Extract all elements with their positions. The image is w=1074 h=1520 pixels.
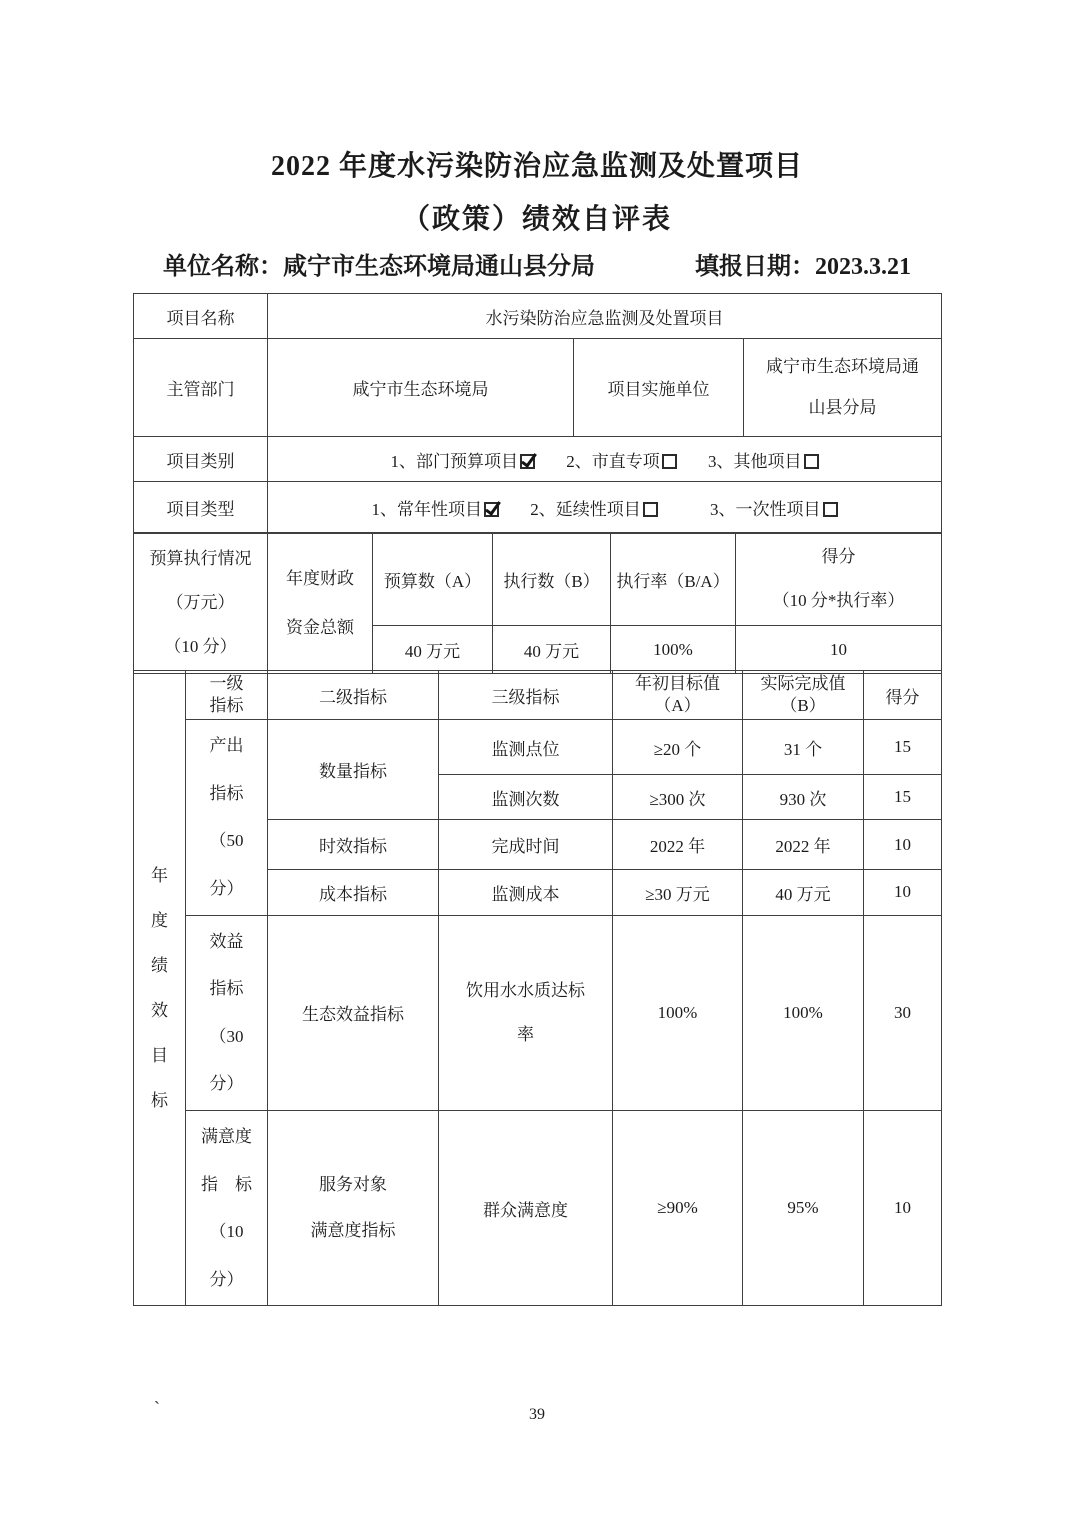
budget-amount-value: 40 万元 [373,626,493,674]
table-row: 预算执行情况 （万元） （10 分） 年度财政 资金总额 预算数（A） 执行数（… [134,533,942,626]
type-label: 项目类型 [134,482,268,534]
actual-value: 40 万元 [743,870,864,916]
category-label: 项目类别 [134,437,268,482]
actual-value: 31 个 [743,720,864,775]
target-header: 年初目标值 （A） [613,671,743,720]
option-onetime-project: 3、一次性项目 [710,500,838,519]
document-title-line1: 2022 年度水污染防治应急监测及处置项目 [0,144,1074,184]
actual-value: 2022 年 [743,820,864,870]
budget-table: 预算执行情况 （万元） （10 分） 年度财政 资金总额 预算数（A） 执行数（… [133,532,942,674]
target-value: ≥300 次 [613,774,743,819]
checkbox-checked-icon [484,502,499,517]
level1-header: 一级 指标 [186,671,268,720]
exec-amount-value: 40 万元 [493,626,611,674]
annual-fund-label: 年度财政 资金总额 [268,533,373,674]
level2-header: 二级指标 [268,671,439,720]
basic-info-table: 项目名称 水污染防治应急监测及处置项目 主管部门 咸宁市生态环境局 项目实施单位… [133,293,942,534]
annual-performance-side-label: 年 度 绩 效 目 标 [134,671,186,1306]
option-label: 2、延续性项目 [530,500,641,519]
impl-unit-value: 咸宁市生态环境局通 山县分局 [744,339,942,437]
timeliness-indicator-cell: 时效指标 [268,820,439,870]
indicator-name: 饮用水水质达标 率 [439,915,613,1110]
document-title-line2: （政策）绩效自评表 [0,197,1074,237]
cost-indicator-cell: 成本指标 [268,870,439,916]
option-city-special: 2、市直专项 [566,452,677,471]
unit-name: 单位名称：咸宁市生态环境局通山县分局 [163,246,595,281]
level3-header: 三级指标 [439,671,613,720]
score-header: 得分 [864,671,942,720]
table-row: 项目名称 水污染防治应急监测及处置项目 [134,294,942,339]
checkbox-unchecked-icon [643,502,658,517]
score-value: 10 [864,820,942,870]
eco-benefit-indicator-cell: 生态效益指标 [268,915,439,1110]
target-value: ≥90% [613,1110,743,1305]
benefit-indicator-cell: 效益 指标 （30 分） [186,915,268,1110]
table-row: 满意度 指 标 （10 分） 服务对象 满意度指标 群众满意度 ≥90% 95%… [134,1110,942,1305]
checkbox-unchecked-icon [823,502,838,517]
quantity-indicator-cell: 数量指标 [268,720,439,820]
exec-amount-header: 执行数（B） [493,533,611,626]
table-row: 项目类型 1、常年性项目 2、延续性项目 3、一次性项目 [134,482,942,534]
actual-value: 100% [743,915,864,1110]
indicator-name: 群众满意度 [439,1110,613,1305]
score-value: 10 [864,1110,942,1305]
budget-amount-header: 预算数（A） [373,533,493,626]
checkbox-checked-icon [520,454,535,469]
option-label: 2、市直专项 [566,452,660,471]
table-row: 年 度 绩 效 目 标 一级 指标 二级指标 三级指标 年初目标值 （A） 实际… [134,671,942,720]
actual-value: 930 次 [743,774,864,819]
score-value: 30 [864,915,942,1110]
indicators-table: 年 度 绩 效 目 标 一级 指标 二级指标 三级指标 年初目标值 （A） 实际… [133,670,942,1306]
impl-unit-label: 项目实施单位 [574,339,744,437]
checkbox-unchecked-icon [662,454,677,469]
actual-value: 95% [743,1110,864,1305]
option-continuing-project: 2、延续性项目 [530,500,658,519]
indicator-name: 完成时间 [439,820,613,870]
project-name-label: 项目名称 [134,294,268,339]
actual-header: 实际完成值 （B） [743,671,864,720]
project-name-value: 水污染防治应急监测及处置项目 [268,294,942,339]
type-options: 1、常年性项目 2、延续性项目 3、一次性项目 [268,482,942,534]
output-indicator-cell: 产出 指标 （50 分） [186,720,268,915]
checkbox-unchecked-icon [804,454,819,469]
budget-row-label: 预算执行情况 （万元） （10 分） [134,533,268,674]
page-number: 39 [0,1406,1074,1424]
option-label: 1、部门预算项目 [391,452,519,471]
option-label: 1、常年性项目 [372,500,483,519]
category-options: 1、部门预算项目 2、市直专项 3、其他项目 [268,437,942,482]
report-date: 填报日期：2023.3.21 [695,246,911,281]
table-row: 主管部门 咸宁市生态环境局 项目实施单位 咸宁市生态环境局通 山县分局 [134,339,942,437]
service-satisfaction-indicator-cell: 服务对象 满意度指标 [268,1110,439,1305]
dept-label: 主管部门 [134,339,268,437]
option-label: 3、其他项目 [708,452,802,471]
exec-rate-value: 100% [611,626,736,674]
table-row: 效益 指标 （30 分） 生态效益指标 饮用水水质达标 率 100% 100% … [134,915,942,1110]
score-value: 10 [864,870,942,916]
indicator-name: 监测成本 [439,870,613,916]
score-value: 15 [864,774,942,819]
meta-line: 单位名称：咸宁市生态环境局通山县分局 填报日期：2023.3.21 [133,246,941,281]
target-value: ≥30 万元 [613,870,743,916]
option-annual-project: 1、常年性项目 [372,500,500,519]
indicator-name: 监测次数 [439,774,613,819]
table-row: 项目类别 1、部门预算项目 2、市直专项 3、其他项目 [134,437,942,482]
satisfaction-indicator-cell: 满意度 指 标 （10 分） [186,1110,268,1305]
target-value: ≥20 个 [613,720,743,775]
target-value: 2022 年 [613,820,743,870]
exec-rate-header: 执行率（B/A） [611,533,736,626]
score-value: 10 [736,626,942,674]
option-other-project: 3、其他项目 [708,452,819,471]
score-value: 15 [864,720,942,775]
option-label: 3、一次性项目 [710,500,821,519]
table-row: 产出 指标 （50 分） 数量指标 监测点位 ≥20 个 31 个 15 [134,720,942,775]
document-page: 2022 年度水污染防治应急监测及处置项目 （政策）绩效自评表 单位名称：咸宁市… [0,0,1074,1520]
dept-value: 咸宁市生态环境局 [268,339,574,437]
indicator-name: 监测点位 [439,720,613,775]
target-value: 100% [613,915,743,1110]
score-header: 得分 （10 分*执行率） [736,533,942,626]
option-dept-budget-project: 1、部门预算项目 [391,452,536,471]
